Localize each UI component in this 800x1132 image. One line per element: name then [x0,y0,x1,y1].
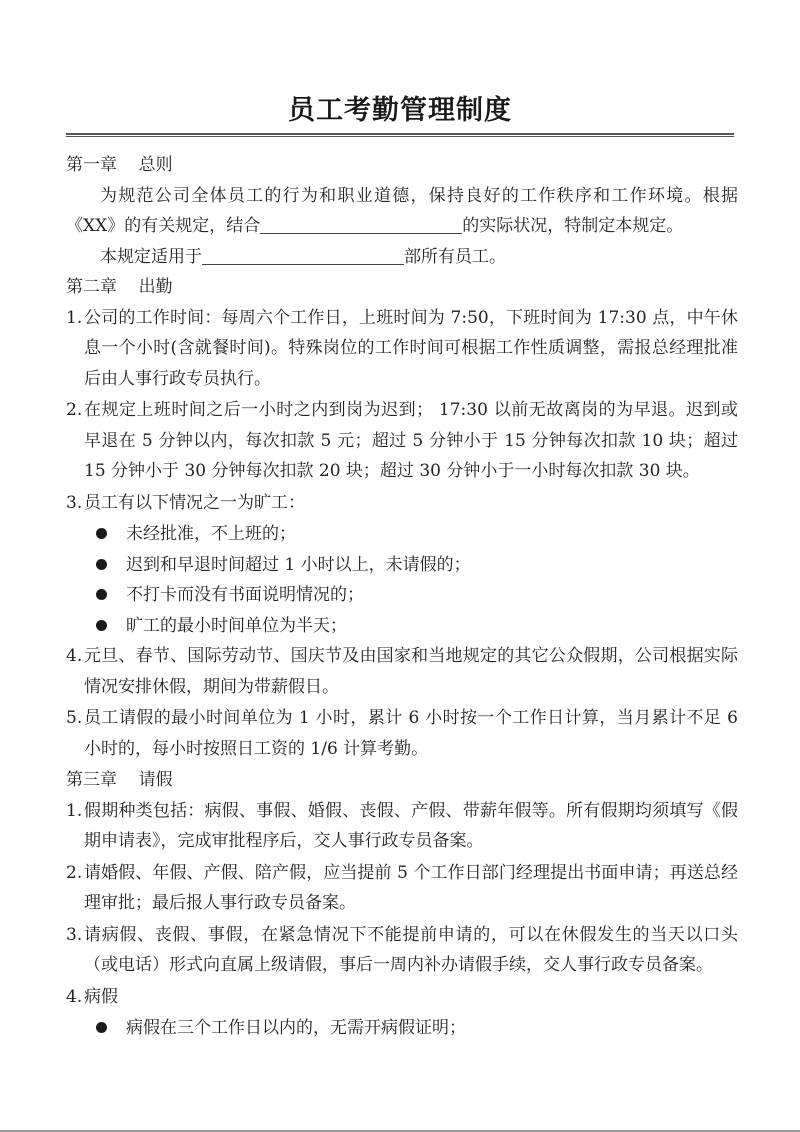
attendance-item-3: 3. 员工有以下情况之一为旷工： [66,488,738,519]
sick-leave-bullet: 病假在三个工作日以内的，无需开病假证明； [94,1013,738,1044]
bullet-icon [94,519,126,550]
bullet-text: 迟到和早退时间超过 1 小时以上，未请假的； [126,550,471,581]
scope-text-a: 本规定适用于 [100,247,202,267]
chapter-1-heading: 第一章 总则 [66,150,738,181]
absence-bullet: 未经批准，不上班的； [94,519,738,550]
bullet-icon [94,550,126,581]
attendance-item-5: 5. 员工请假的最小时间单位为 1 小时，累计 6 小时按一个工作日计算，当月累… [66,703,738,764]
attendance-item-1: 1. 公司的工作时间：每周六个工作日，上班时间为 7:50，下班时间为 17:3… [66,303,738,395]
bullet-text: 未经批准，不上班的； [126,519,296,550]
item-text: 请病假、丧假、事假，在紧急情况下不能提前申请的，可以在休假发生的当天以口头（或电… [84,920,738,981]
item-number: 2. [66,858,84,919]
chapter-1-scope-paragraph: 本规定适用于部所有员工。 [66,242,738,273]
bullet-icon [94,611,126,642]
purpose-text-b: 的实际状况，特制定本规定。 [462,216,683,236]
item-number: 4. [66,641,84,702]
absence-bullet: 不打卡而没有书面说明情况的； [94,580,738,611]
item-number: 1. [66,303,84,395]
chapter-2-heading: 第二章 出勤 [66,272,738,303]
document-page: 员工考勤管理制度 第一章 总则 为规范公司全体员工的行为和职业道德，保持良好的工… [0,0,800,1132]
absence-bullet: 迟到和早退时间超过 1 小时以上，未请假的； [94,550,738,581]
item-text: 在规定上班时间之后一小时之内到岗为迟到； 17:30 以前无故离岗的为早退。迟到… [84,395,738,487]
title-divider [66,133,734,137]
document-body: 第一章 总则 为规范公司全体员工的行为和职业道德，保持良好的工作秩序和工作环境。… [66,150,738,1044]
item-number: 3. [66,488,84,519]
department-blank [202,246,404,265]
item-text: 假期种类包括：病假、事假、婚假、丧假、产假、带薪年假等。所有假期均须填写《假期申… [84,796,738,857]
item-number: 2. [66,395,84,487]
chapter-1-purpose-paragraph: 为规范公司全体员工的行为和职业道德，保持良好的工作秩序和工作环境。根据《XX》的… [66,181,738,242]
attendance-item-2: 2. 在规定上班时间之后一小时之内到岗为迟到； 17:30 以前无故离岗的为早退… [66,395,738,487]
bullet-icon [94,1013,126,1044]
leave-item-2: 2. 请婚假、年假、产假、陪产假，应当提前 5 个工作日部门经理提出书面申请；再… [66,858,738,919]
item-text: 病假 [84,982,738,1013]
item-text: 员工有以下情况之一为旷工： [84,488,738,519]
bullet-text: 不打卡而没有书面说明情况的； [126,580,364,611]
leave-item-4: 4. 病假 [66,982,738,1013]
item-text: 员工请假的最小时间单位为 1 小时，累计 6 小时按一个工作日计算，当月累计不足… [84,703,738,764]
item-text: 请婚假、年假、产假、陪产假，应当提前 5 个工作日部门经理提出书面申请；再送总经… [84,858,738,919]
item-number: 3. [66,920,84,981]
scope-text-b: 部所有员工。 [404,247,506,267]
document-title: 员工考勤管理制度 [0,88,800,127]
attendance-item-4: 4. 元旦、春节、国际劳动节、国庆节及由国家和当地规定的其它公众假期，公司根据实… [66,641,738,702]
item-text: 公司的工作时间：每周六个工作日，上班时间为 7:50，下班时间为 17:30 点… [84,303,738,395]
item-text: 元旦、春节、国际劳动节、国庆节及由国家和当地规定的其它公众假期，公司根据实际情况… [84,641,738,702]
item-number: 1. [66,796,84,857]
leave-item-1: 1. 假期种类包括：病假、事假、婚假、丧假、产假、带薪年假等。所有假期均须填写《… [66,796,738,857]
bullet-text: 旷工的最小时间单位为半天； [126,611,347,642]
item-number: 4. [66,982,84,1013]
company-name-blank [260,215,462,234]
leave-item-3: 3. 请病假、丧假、事假，在紧急情况下不能提前申请的，可以在休假发生的当天以口头… [66,920,738,981]
absence-bullet: 旷工的最小时间单位为半天； [94,611,738,642]
item-number: 5. [66,703,84,764]
chapter-3-heading: 第三章 请假 [66,765,738,796]
bullet-icon [94,580,126,611]
bullet-text: 病假在三个工作日以内的，无需开病假证明； [126,1013,466,1044]
